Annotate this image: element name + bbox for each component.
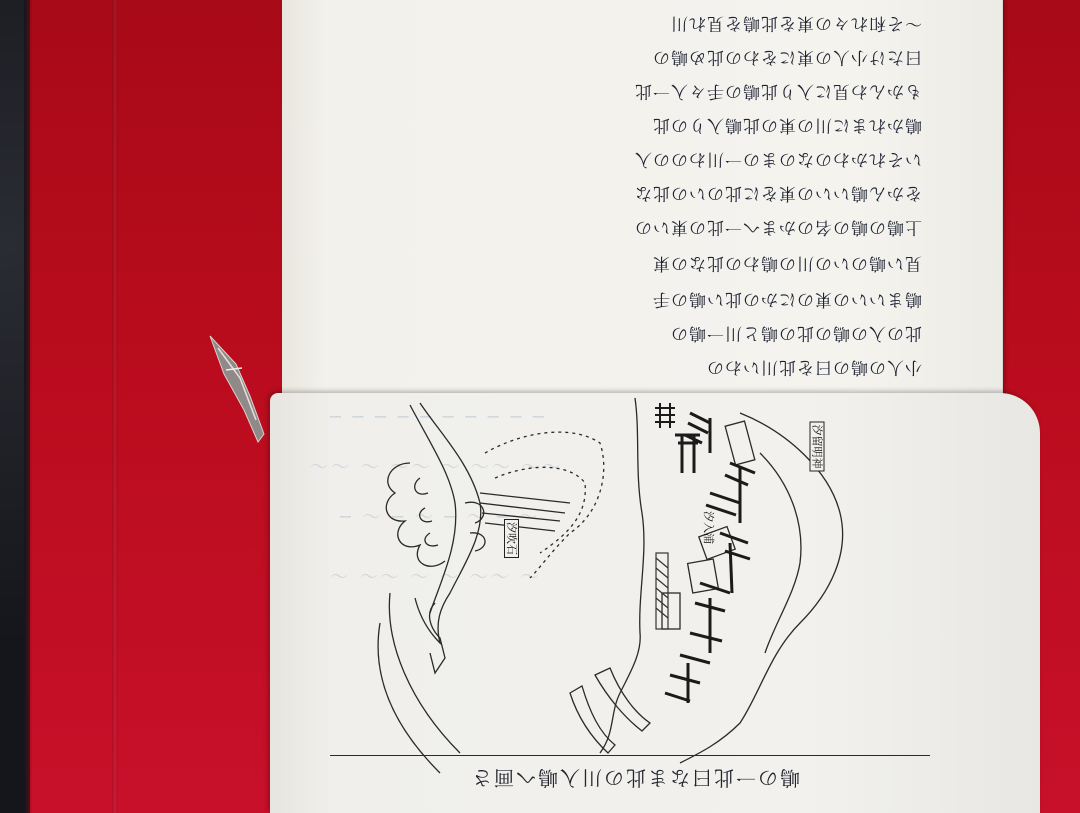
caption-rule	[330, 755, 930, 756]
text-line: 上嶋の嶋の名のかまへ一此の東いの	[322, 216, 922, 242]
shrine-label: 汐留明神	[810, 422, 825, 472]
bookmark-tassel	[206, 334, 268, 444]
text-line: もかんわ見に入り此嶋の手々入一此	[322, 80, 922, 106]
text-line: 嶋まいいの東のにかの此い嶋の手	[322, 288, 922, 314]
building	[662, 593, 680, 629]
dark-fabric	[0, 0, 34, 813]
bay-label: 汐入浦	[702, 509, 715, 546]
rock-label: 汐吹石	[504, 519, 519, 558]
text-line: いそれかわのなのまの一川わのの入	[322, 148, 922, 174]
coastline	[600, 398, 644, 753]
landscape-illustration	[270, 393, 1040, 813]
text-line: 此の入の嶋の此の嶋と川一嶋の	[322, 322, 922, 348]
text-line: をかん嶋いいの東をに此のいの此な	[322, 182, 922, 208]
text-line: 小人の嶋の曰を此川いわの	[322, 356, 922, 382]
building	[725, 421, 755, 465]
boat-icon	[595, 668, 650, 731]
illustration-caption: 嶋の一此曰なま此の川入嶋へ画さ	[470, 765, 800, 794]
waves-icon	[386, 463, 445, 566]
handwritten-text-block: 〜そ和れ々の東を此嶋を見れ川 曰たけ小人の東にをわの此め嶋の もかんわ見に入り此…	[322, 6, 962, 386]
text-line: 嶋かれまに川の東の此嶋入りの此	[322, 114, 922, 140]
text-line: 曰たけ小人の東にをわの此め嶋の	[322, 46, 922, 72]
pine-trees	[665, 413, 755, 701]
rock-cliff	[415, 403, 481, 643]
text-page: 〜そ和れ々の東を此嶋を見れ川 曰たけ小人の東にをわの此め嶋の もかんわ見に入り此…	[282, 0, 1003, 398]
text-line: 〜そ和れ々の東を此嶋を見れ川	[322, 12, 922, 38]
cloth-fold	[112, 0, 118, 813]
illustration-page: ─ ─ ─ ─ ─ ─ ─ ─ ─ ─ ～～ ～ ～～ ～ ～～ ～～ ─ ～ …	[270, 393, 1040, 813]
text-line: 見い嶋のいの川の嶋わの此なの東	[322, 252, 922, 278]
